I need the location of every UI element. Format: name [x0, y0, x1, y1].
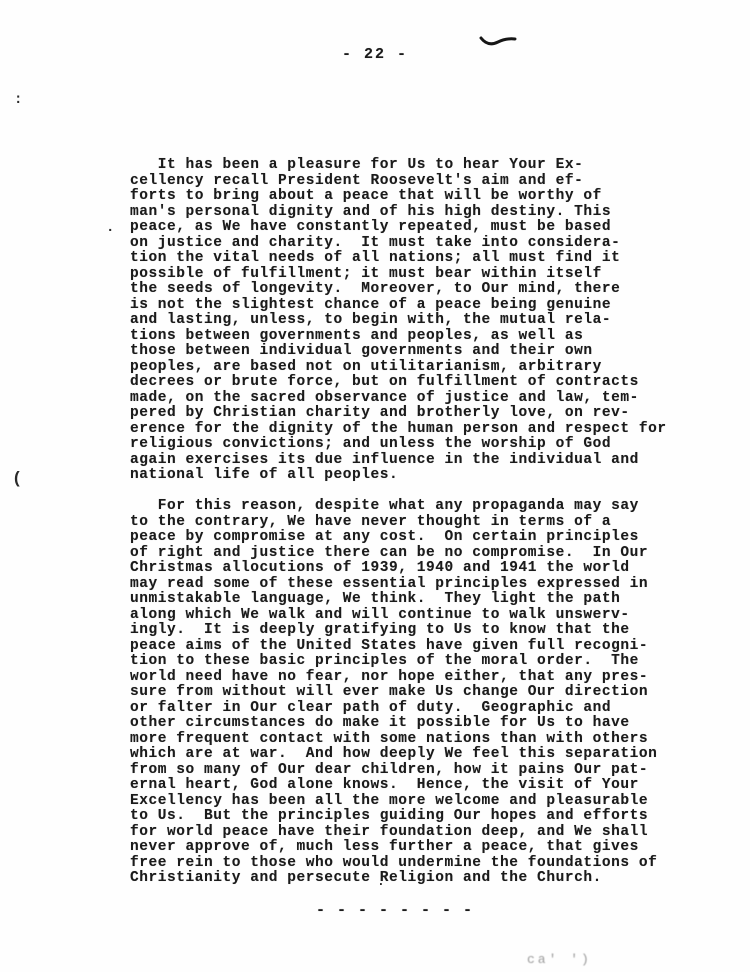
scan-artifact-dot: .: [377, 874, 385, 889]
end-separator: - - - - - - - -: [316, 902, 720, 919]
document-body: It has been a pleasure for Us to hear Yo…: [130, 158, 720, 919]
scan-artifact-margin-paren: (: [12, 470, 22, 489]
ink-squiggle-mark: [478, 30, 520, 52]
page-number: - 22 -: [0, 46, 750, 63]
paragraph-1: It has been a pleasure for Us to hear Yo…: [130, 158, 720, 484]
document-page: - 22 - It has been a pleasure for Us to …: [0, 0, 750, 972]
scan-artifact-faint-stamp: ca' '): [527, 952, 592, 967]
scan-artifact-margin-colon: :: [14, 92, 22, 108]
paragraph-2: For this reason, despite what any propag…: [130, 499, 720, 887]
scan-artifact-dot: .: [106, 220, 114, 236]
